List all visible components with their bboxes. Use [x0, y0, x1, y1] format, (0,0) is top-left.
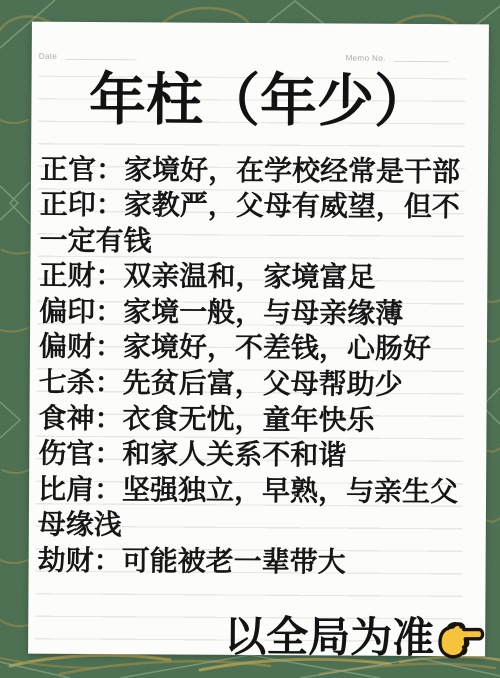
- memo-no-label: Memo No.: [345, 53, 385, 62]
- date-label: Date: [38, 51, 57, 60]
- page-title: 年柱（年少）: [31, 68, 488, 133]
- memo-line: 偏印：家境一般，与母亲缘薄: [39, 293, 479, 331]
- memo-line: 母缘浅: [37, 507, 477, 545]
- memo-line: 劫财：可能被老一辈带大: [37, 542, 477, 580]
- memo-line: 正印：家教严，父母有威望，但不: [39, 186, 479, 224]
- memo-line: 比肩：坚强独立，早熟，与亲生父: [37, 471, 477, 509]
- memo-line: 一定有钱: [39, 222, 479, 260]
- memo-line: 伤官：和家人关系不和谐: [38, 435, 478, 473]
- memo-line: 正官：家境好，在学校经常是干部: [39, 151, 479, 189]
- footer-text: 以全局为准: [224, 613, 434, 660]
- memo-line: 食神：衣食无忧，童年快乐: [38, 400, 478, 438]
- memo-paper: Date Memo No. 年柱（年少） 正官：家境好，在学校经常是干部正印：家…: [28, 21, 489, 656]
- memo-line: 偏财：家境好，不差钱，心肠好: [38, 329, 478, 367]
- footer-note: 以全局为准: [224, 611, 487, 663]
- memo-line: 七杀：先贫后富，父母帮助少: [38, 364, 478, 402]
- memo-no-underline: [393, 60, 448, 61]
- date-underline: [65, 58, 136, 59]
- memo-header: Date Memo No.: [38, 48, 448, 63]
- memo-lines: 正官：家境好，在学校经常是干部正印：家教严，父母有威望，但不一定有钱正财：双亲温…: [37, 151, 480, 581]
- pointing-right-hand-icon: [435, 619, 487, 663]
- memo-line: 正财：双亲温和，家境富足: [39, 257, 479, 295]
